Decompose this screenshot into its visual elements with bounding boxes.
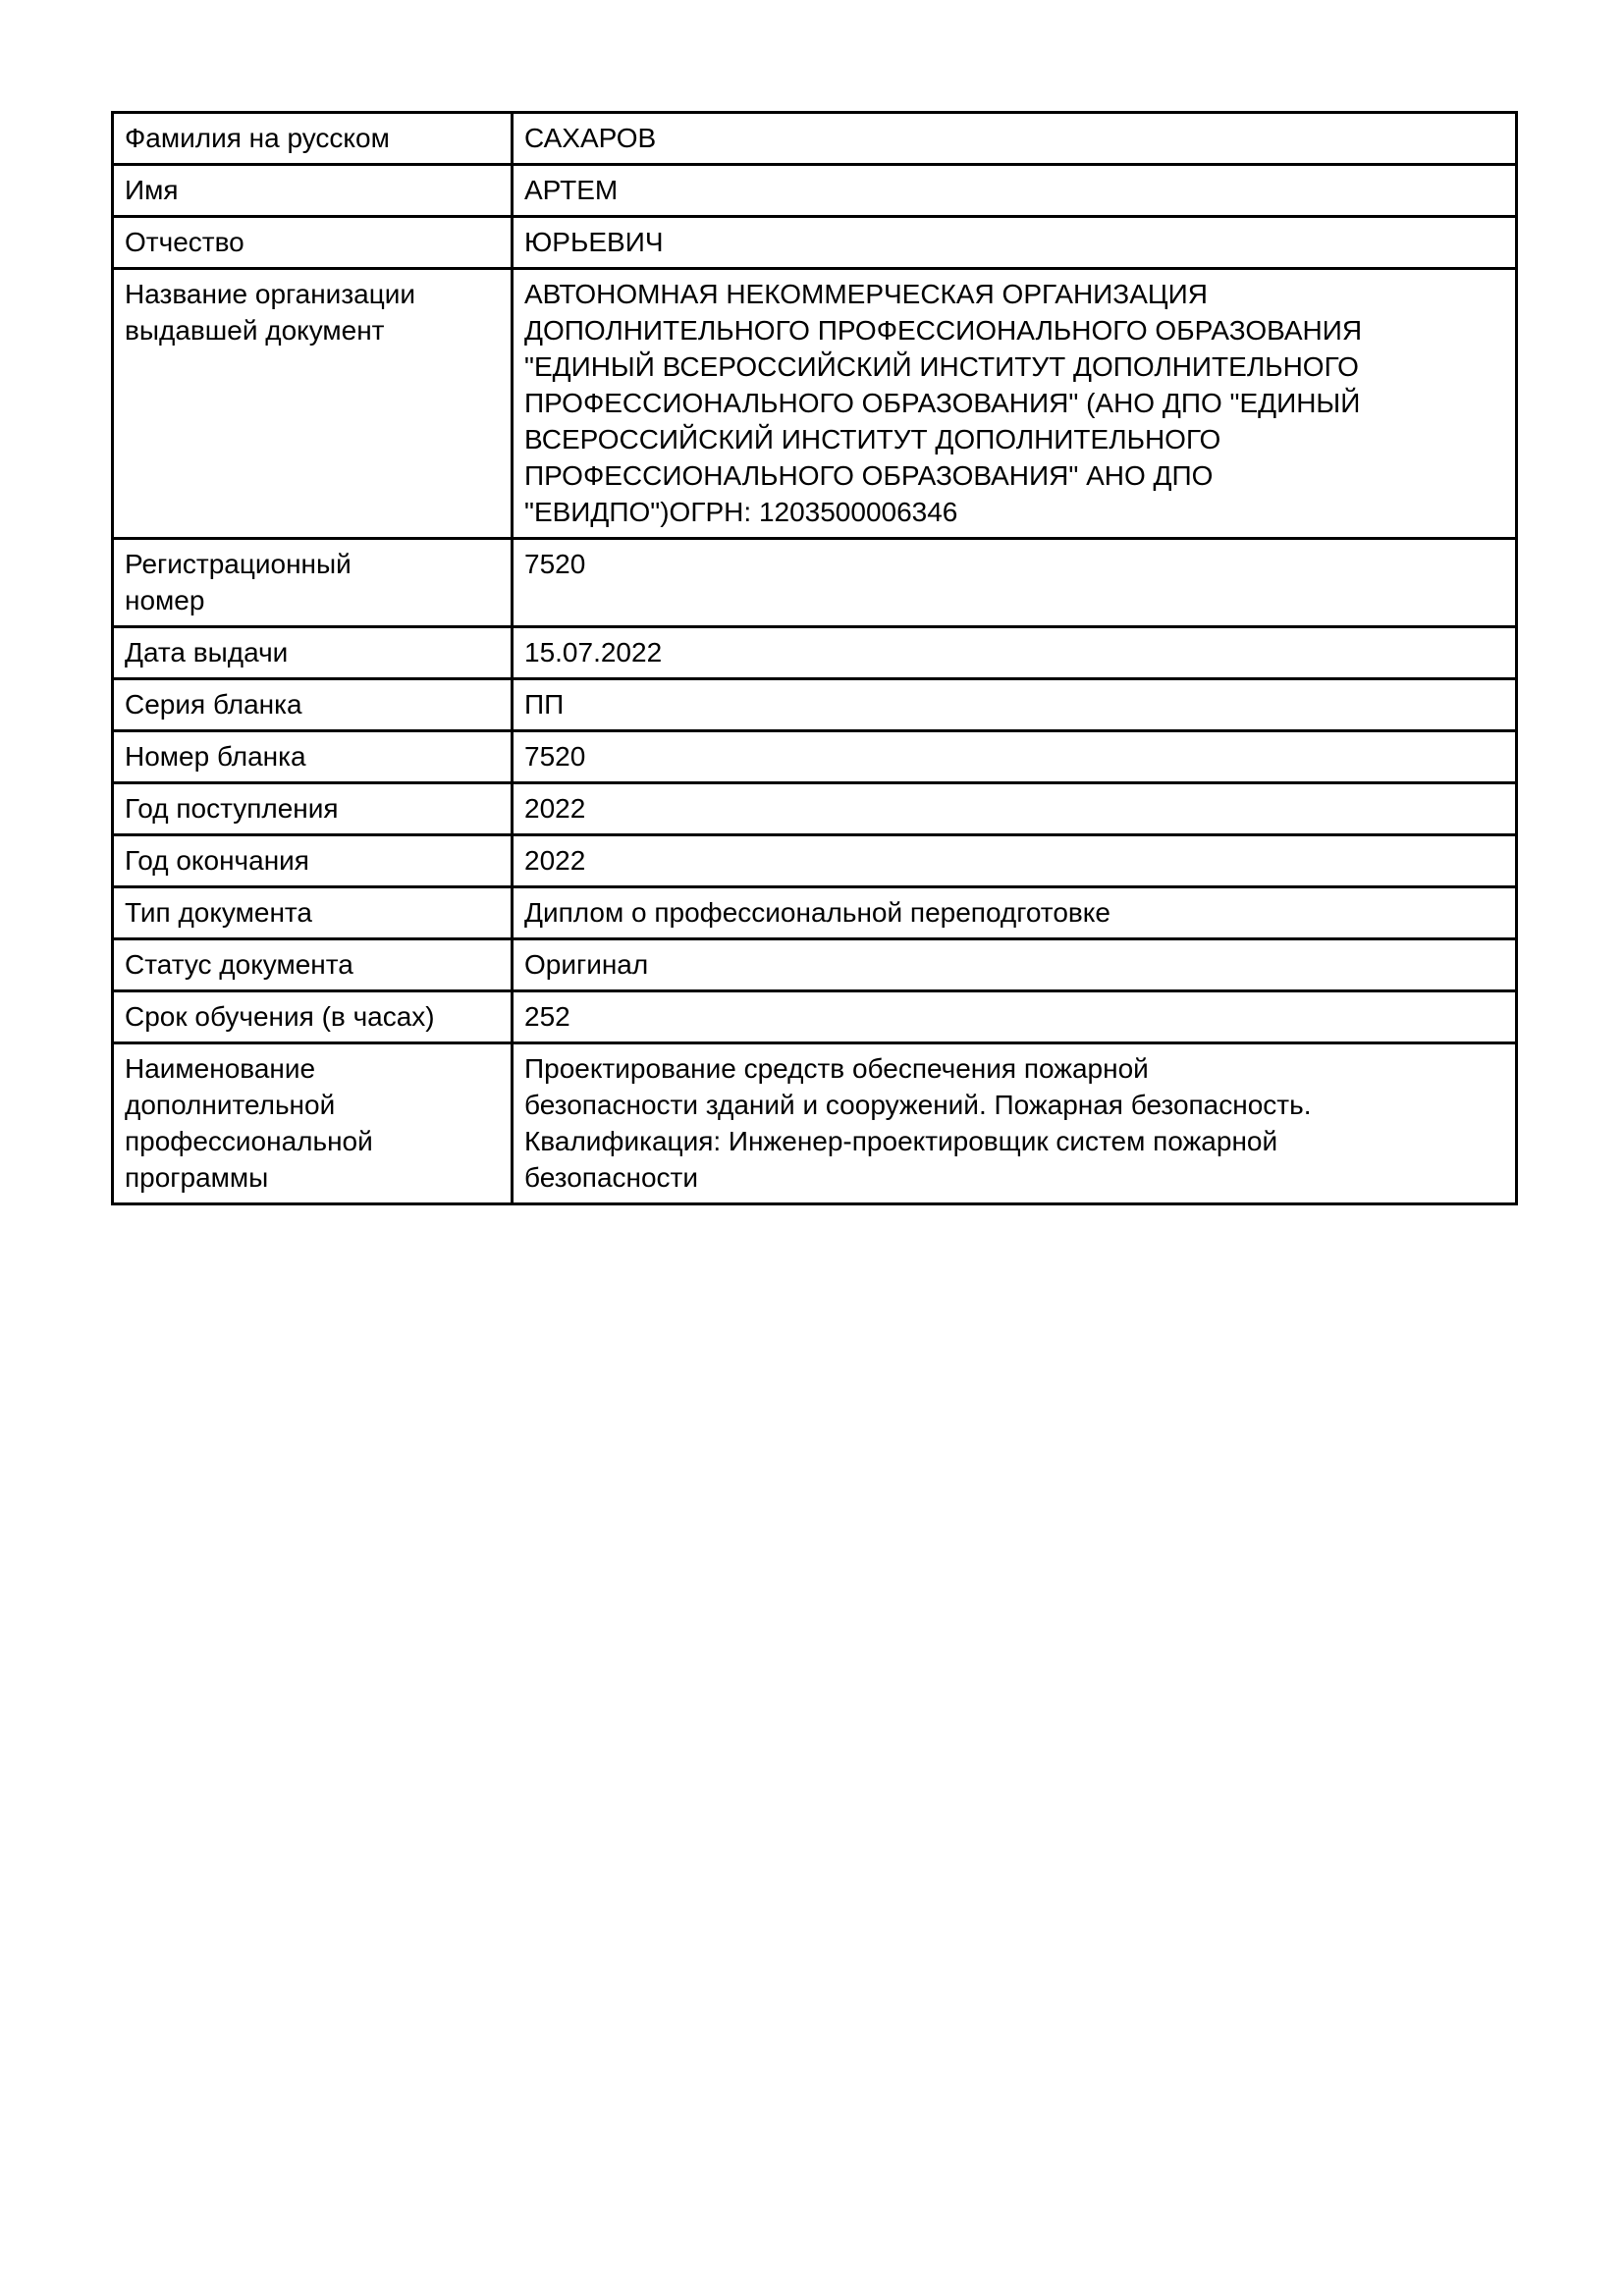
row-value: 7520 [513,731,1517,783]
row-label: Наименование дополнительной профессионал… [113,1043,513,1204]
row-label: Тип документа [113,887,513,939]
table-row-document-type: Тип документа Диплом о профессиональной … [113,887,1517,939]
row-label: Дата выдачи [113,627,513,679]
table-row-training-hours: Срок обучения (в часах) 252 [113,991,1517,1043]
row-label: Отчество [113,217,513,269]
row-label: Срок обучения (в часах) [113,991,513,1043]
table-row-program-name: Наименование дополнительной профессионал… [113,1043,1517,1204]
table-row-document-status: Статус документа Оригинал [113,939,1517,991]
table-row-blank-number: Номер бланка 7520 [113,731,1517,783]
table-row-graduation-year: Год окончания 2022 [113,835,1517,887]
row-value: 7520 [513,539,1517,627]
table-row-first-name: Имя АРТЕМ [113,165,1517,217]
row-label: Год окончания [113,835,513,887]
row-value: Диплом о профессиональной переподготовке [513,887,1517,939]
table-row-issue-date: Дата выдачи 15.07.2022 [113,627,1517,679]
row-label: Имя [113,165,513,217]
row-label: Регистрационный номер [113,539,513,627]
document-page: Фамилия на русском САХАРОВ Имя АРТЕМ Отч… [0,0,1624,2296]
row-label: Год поступления [113,783,513,835]
certificate-details-table: Фамилия на русском САХАРОВ Имя АРТЕМ Отч… [111,111,1518,1205]
row-label: Фамилия на русском [113,113,513,165]
row-value: 2022 [513,835,1517,887]
table-row-registration-number: Регистрационный номер 7520 [113,539,1517,627]
row-value: ЮРЬЕВИЧ [513,217,1517,269]
row-label: Номер бланка [113,731,513,783]
row-value: 2022 [513,783,1517,835]
row-value: Проектирование средств обеспечения пожар… [513,1043,1517,1204]
row-value: ПП [513,679,1517,731]
table-row-issuing-organization: Название организации выдавшей документ А… [113,269,1517,539]
row-value: САХАРОВ [513,113,1517,165]
row-value: 252 [513,991,1517,1043]
table-row-last-name: Фамилия на русском САХАРОВ [113,113,1517,165]
row-value: АРТЕМ [513,165,1517,217]
row-value: Оригинал [513,939,1517,991]
row-value: АВТОНОМНАЯ НЕКОММЕРЧЕСКАЯ ОРГАНИЗАЦИЯ ДО… [513,269,1517,539]
table-row-blank-series: Серия бланка ПП [113,679,1517,731]
row-value: 15.07.2022 [513,627,1517,679]
row-label: Статус документа [113,939,513,991]
row-label: Серия бланка [113,679,513,731]
table-row-enrollment-year: Год поступления 2022 [113,783,1517,835]
table-row-middle-name: Отчество ЮРЬЕВИЧ [113,217,1517,269]
row-label: Название организации выдавшей документ [113,269,513,539]
